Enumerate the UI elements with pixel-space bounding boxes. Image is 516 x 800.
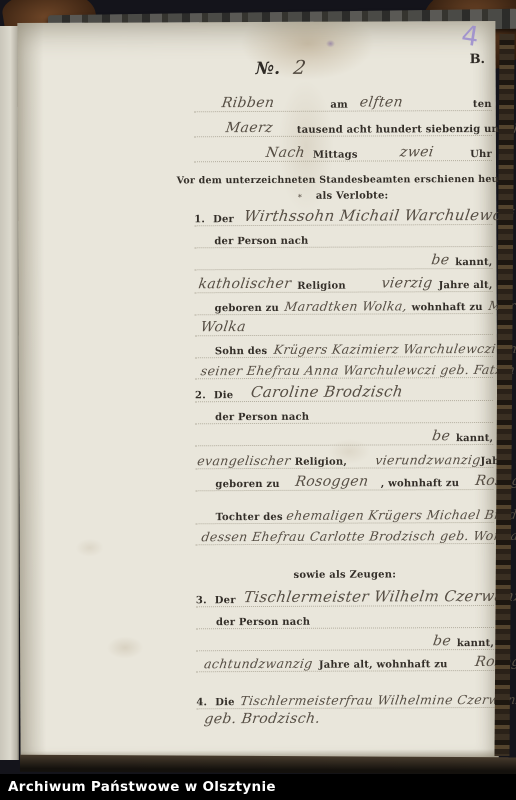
- label-kannt-3: kannt,: [457, 638, 494, 649]
- archive-watermark: Archiwum Państwowe w Olsztynie: [0, 774, 516, 800]
- record-number-printed: №.: [256, 59, 280, 79]
- label-religion-2: Religion,: [295, 457, 347, 468]
- line-intro2: * als Verlobte:: [194, 184, 492, 202]
- groom-name-handwritten: Wirthssohn Michail Warchulewczi: [243, 206, 516, 225]
- witness2-article: Die: [215, 697, 234, 708]
- witness2-name-handwritten: Tischlermeisterfrau Wilhelmine Czerwanzc…: [240, 692, 516, 708]
- label-person-nach-2: der Person nach: [215, 412, 309, 423]
- bride-father-handwritten: ehemaligen Krügers Michael Brodzisch und: [286, 507, 516, 523]
- facing-page-edge: [0, 26, 19, 760]
- day-handwritten: elften: [359, 94, 404, 110]
- witness1-name-handwritten: Tischlermeister Wilhelm Czerwanzci: [242, 587, 516, 606]
- bride-number: 2.: [195, 390, 206, 401]
- witness1-age-handwritten: achtundzwanzig: [203, 656, 314, 671]
- book-bottom-edge: [20, 755, 516, 775]
- groom-father-handwritten: Krügers Kazimierz Warchulewczi und: [272, 341, 516, 357]
- label-mittags: Mittags: [313, 150, 358, 161]
- groom-article: Der: [213, 214, 234, 225]
- line-bride-name: 2. Die Caroline Brodzisch: [195, 384, 493, 402]
- line-groom-father: Sohn des Krügers Kazimierz Warchulewczi …: [195, 340, 493, 358]
- groom-religion-handwritten: katholischer: [197, 276, 292, 292]
- line-groom-person: der Person nach: [194, 230, 492, 248]
- intro-text-2: als Verlobte:: [316, 190, 389, 201]
- label-person-nach-3: der Person nach: [216, 617, 310, 628]
- groom-mother-handwritten: seiner Ehefrau Anna Warchulewczi geb. Fa…: [200, 362, 516, 378]
- line-bride-born: geboren zu Rosoggen , wohnhaft zu Rosogg…: [195, 473, 493, 491]
- month-handwritten: Maerz: [225, 120, 274, 136]
- label-wohnhaft-zu-2: , wohnhaft zu: [381, 478, 460, 489]
- line-bride-father: Tochter des ehemaligen Krügers Michael B…: [196, 506, 494, 524]
- line-witness2-name: 4. Die Tischlermeisterfrau Wilhelmine Cz…: [196, 691, 494, 709]
- line-witness1-age: achtundzwanzig Jahre alt, wohnhaft zu Ro…: [196, 654, 494, 672]
- record-number: №. 2: [256, 57, 307, 79]
- line-place-day: Ribben am elften ten: [194, 94, 492, 112]
- label-geboren-zu-1: geboren zu: [215, 303, 279, 314]
- witness1-number: 3.: [196, 595, 207, 606]
- groom-number: 1.: [194, 214, 205, 225]
- line-witness1-person: der Person nach: [196, 611, 494, 629]
- line-groom-bekannt: be kannt,: [194, 252, 492, 270]
- line-bride-person: der Person nach: [195, 406, 493, 424]
- book-fore-edge: [494, 34, 514, 756]
- line-month-year: Maerz tausend acht hundert siebenzig und…: [194, 119, 492, 137]
- line-time: Nach Mittags zwei Uhr: [194, 144, 492, 162]
- bride-age-handwritten: vierundzwanzig: [374, 452, 482, 467]
- label-year-printed: tausend acht hundert siebenzig und: [297, 124, 506, 136]
- ink-mark: *: [298, 193, 302, 202]
- bride-be-handwritten: be: [431, 428, 451, 444]
- label-tochter-des: Tochter des: [216, 512, 283, 523]
- witness1-article: Der: [215, 595, 236, 606]
- bride-birthplace-handwritten: Rosoggen: [295, 474, 370, 490]
- groom-be-handwritten: be: [430, 252, 450, 268]
- record-number-handwritten: 2: [292, 57, 307, 79]
- register-page: 4 B. №. 2 Ribben am elften ten Maerz tau…: [17, 21, 498, 761]
- witness2-number: 4.: [196, 697, 207, 708]
- line-groom-born: geboren zu Maradtken Wolka, wohnhaft zu …: [195, 297, 493, 315]
- bride-religion-handwritten: evangelischer: [196, 453, 291, 468]
- bride-mother-handwritten: dessen Ehefrau Carlotte Brodzisch geb. W…: [201, 528, 516, 544]
- line-zeugen-heading: sowie als Zeugen:: [196, 563, 494, 581]
- label-wohnhaft-zu-1: wohnhaft zu: [412, 302, 483, 313]
- hour-handwritten: zwei: [399, 144, 435, 160]
- line-witness1-name: 3. Der Tischlermeister Wilhelm Czerwanzc…: [196, 589, 494, 607]
- line-bride-religion: evangelischer Religion, vierundzwanzig J…: [195, 451, 493, 469]
- label-religion-1: Religion: [297, 281, 346, 292]
- bride-article: Die: [214, 390, 233, 401]
- line-bride-bekannt: be kannt,: [195, 428, 493, 446]
- label-am: am: [330, 100, 348, 111]
- label-kannt-2: kannt,: [456, 433, 493, 444]
- label-geboren-zu-2: geboren zu: [215, 479, 279, 490]
- groom-birthplace-handwritten: Maradtken Wolka,: [284, 298, 409, 314]
- line-groom-mother: seiner Ehefrau Anna Warchulewczi geb. Fa…: [195, 361, 493, 379]
- line-groom-name: 1. Der Wirthssohn Michail Warchulewczi: [194, 208, 492, 226]
- label-sohn-des: Sohn des: [215, 346, 268, 357]
- label-jahre-alt-1: Jahre alt,: [439, 280, 493, 291]
- label-uhr: Uhr: [470, 149, 492, 160]
- label-person-nach-1: der Person nach: [214, 236, 308, 247]
- groom-age-handwritten: vierzig: [381, 275, 434, 291]
- line-bride-mother: dessen Ehefrau Carlotte Brodzisch geb. W…: [196, 527, 494, 545]
- label-jahre-wohnhaft: Jahre alt, wohnhaft zu: [319, 659, 448, 671]
- line-groom-residence2: Wolka: [195, 318, 493, 336]
- line-witness2-name2: geb. Brodzisch.: [196, 709, 494, 727]
- zeugen-heading-text: sowie als Zeugen:: [293, 569, 396, 580]
- witness2-name2-handwritten: geb. Brodzisch.: [203, 711, 321, 728]
- form-letter-b: B.: [470, 52, 486, 67]
- daypart-handwritten: Nach: [265, 145, 306, 161]
- line-groom-religion: katholischer Religion vierzig Jahre alt,: [194, 275, 492, 293]
- label-ten: ten: [473, 99, 492, 110]
- place-handwritten: Ribben: [221, 95, 276, 111]
- bride-name-handwritten: Caroline Brodzisch: [250, 382, 404, 401]
- pencil-page-number: 4: [459, 20, 481, 53]
- label-kannt-1: kannt,: [455, 257, 492, 268]
- line-witness1-bekannt: be kannt,: [196, 633, 494, 651]
- witness1-be-handwritten: be: [432, 633, 452, 649]
- groom-residence2-handwritten: Wolka: [200, 319, 247, 335]
